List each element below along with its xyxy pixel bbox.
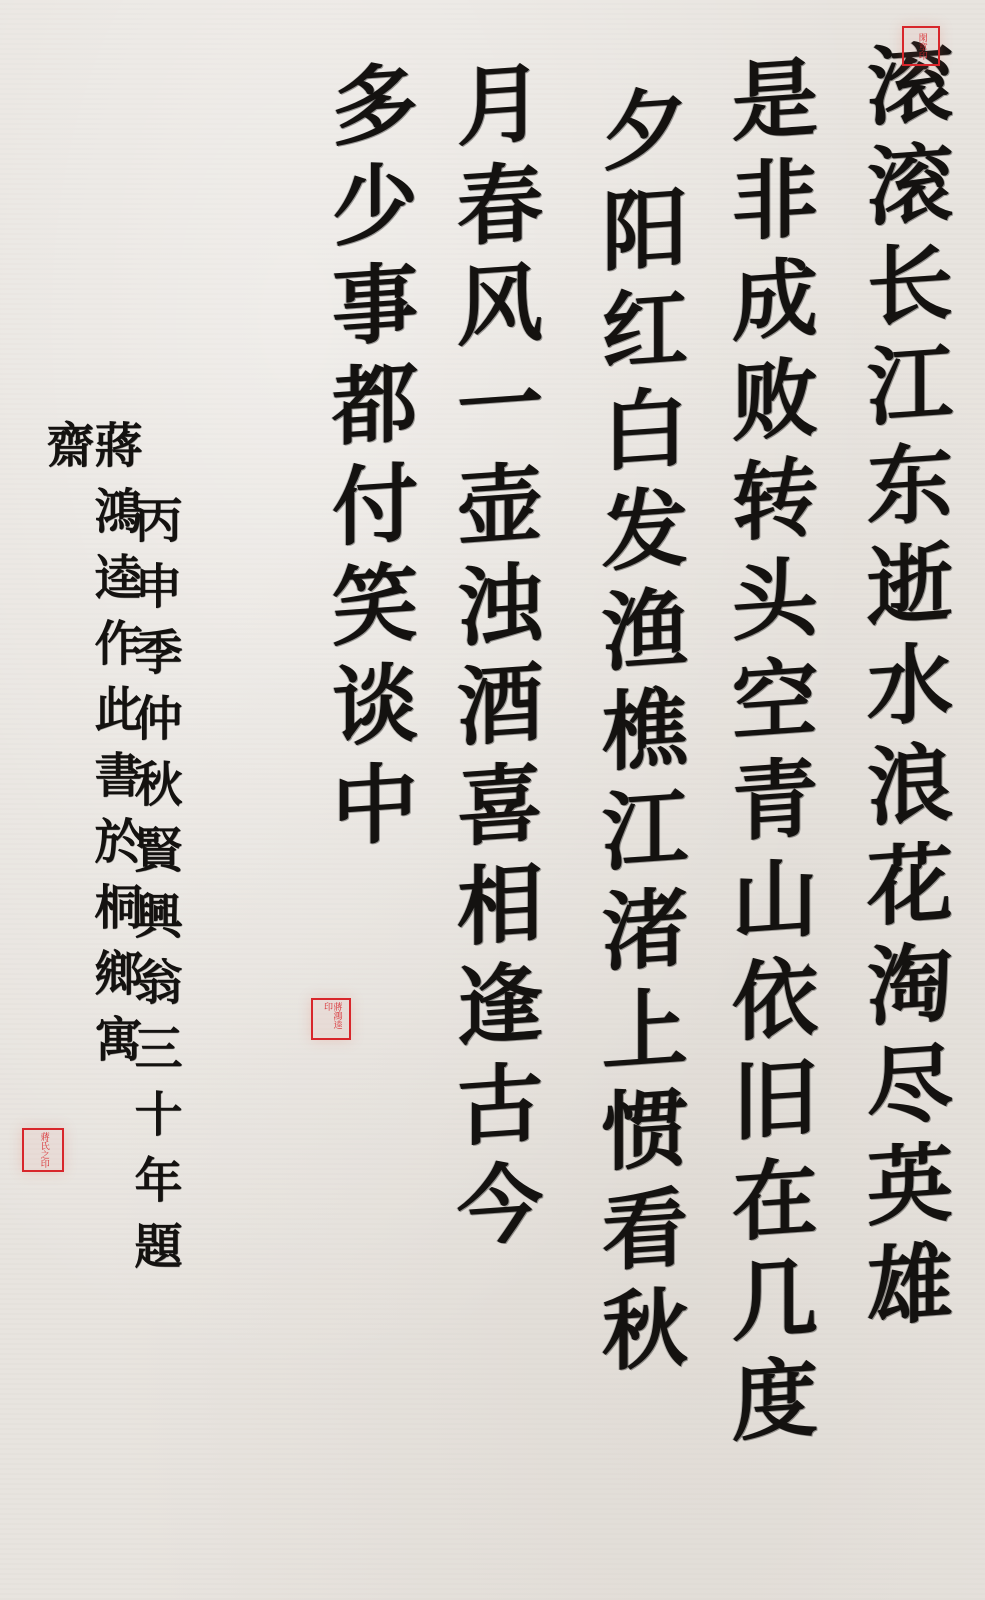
poem-column-3: 夕阳红白发渔樵江渚上惯看秋 xyxy=(594,82,680,1588)
seal-artist-name: 蔣鴻逵印 xyxy=(311,998,351,1040)
poem-column-2: 是非成败转头空青山依旧在几度 xyxy=(724,52,810,1588)
poem-column-1: 滚滚长江东逝水浪花淘尽英雄 xyxy=(859,37,945,1600)
seal-top-right: 閑章印 xyxy=(902,26,940,66)
poem-column-4: 月春风一壶浊酒喜相逢古今 xyxy=(449,57,535,1563)
inscription-column-signature: 蔣鴻逵作此書於桐鄉寓齋 xyxy=(42,420,138,1140)
poem-column-5: 多少事都付笑谈中 xyxy=(324,57,410,1063)
seal-bottom-left: 蔣氏之印 xyxy=(22,1128,64,1172)
